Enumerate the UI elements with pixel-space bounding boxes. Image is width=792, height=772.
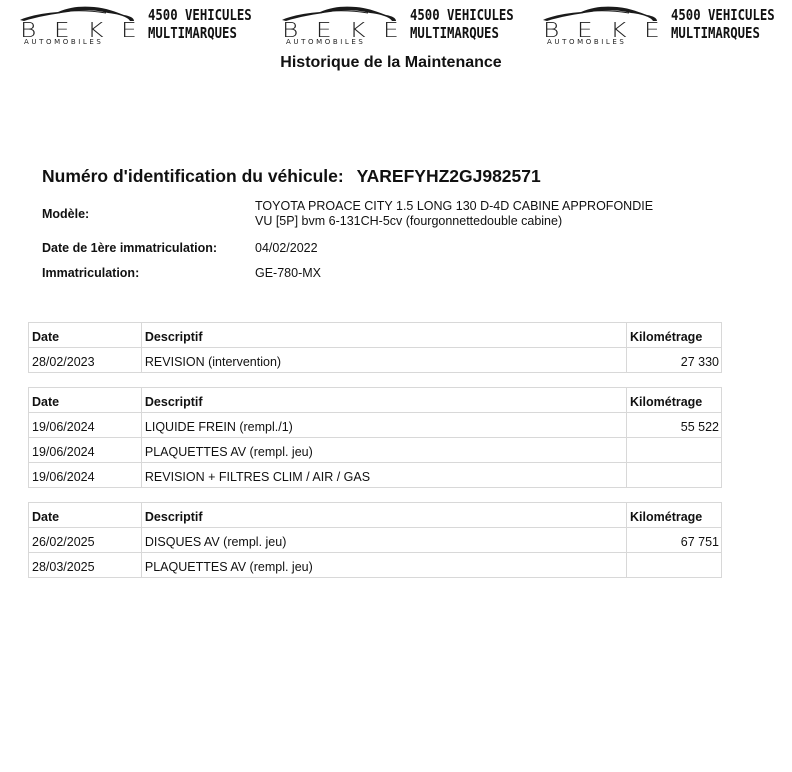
logo-subtitle: AUTOMOBILES <box>24 38 132 46</box>
table-row: 26/02/2025 DISQUES AV (rempl. jeu) 67 75… <box>29 528 722 553</box>
column-header-mileage: Kilométrage <box>627 388 722 413</box>
table-row: 28/03/2025 PLAQUETTES AV (rempl. jeu) <box>29 553 722 578</box>
column-header-description: Descriptif <box>141 503 626 528</box>
brand-block: BEKE AUTOMOBILES 4500 VEHICULES MULTIMAR… <box>280 4 530 48</box>
logo-wordmark: BEKE <box>543 20 658 40</box>
maintenance-table: Date Descriptif Kilométrage 19/06/2024 L… <box>28 387 722 488</box>
column-header-date: Date <box>29 503 142 528</box>
brand-tagline: 4500 VEHICULES MULTIMARQUES <box>410 6 508 42</box>
row-mileage <box>627 438 722 463</box>
column-header-mileage: Kilométrage <box>627 323 722 348</box>
brand-tagline: 4500 VEHICULES MULTIMARQUES <box>671 6 769 42</box>
row-date: 19/06/2024 <box>29 463 142 488</box>
maintenance-table: Date Descriptif Kilométrage 28/02/2023 R… <box>28 322 722 373</box>
column-header-mileage: Kilométrage <box>627 503 722 528</box>
first-registration-label: Date de 1ère immatriculation: <box>42 241 217 255</box>
vin-value: YAREFYHZ2GJ982571 <box>357 166 541 186</box>
vin-label: Numéro d'identification du véhicule: <box>42 166 344 186</box>
row-date: 19/06/2024 <box>29 413 142 438</box>
first-registration-value: 04/02/2022 <box>255 241 318 256</box>
plate-value: GE-780-MX <box>255 266 321 281</box>
column-header-description: Descriptif <box>141 388 626 413</box>
row-date: 26/02/2025 <box>29 528 142 553</box>
column-header-date: Date <box>29 388 142 413</box>
beke-logo: BEKE AUTOMOBILES <box>18 4 136 48</box>
header-banner: BEKE AUTOMOBILES 4500 VEHICULES MULTIMAR… <box>0 0 792 50</box>
row-mileage <box>627 463 722 488</box>
table-header-row: Date Descriptif Kilométrage <box>29 323 722 348</box>
row-mileage: 67 751 <box>627 528 722 553</box>
column-header-description: Descriptif <box>141 323 626 348</box>
row-mileage: 55 522 <box>627 413 722 438</box>
table-row: 19/06/2024 LIQUIDE FREIN (rempl./1) 55 5… <box>29 413 722 438</box>
model-label: Modèle: <box>42 207 89 221</box>
model-value: TOYOTA PROACE CITY 1.5 LONG 130 D-4D CAB… <box>255 199 653 229</box>
beke-logo: BEKE AUTOMOBILES <box>280 4 398 48</box>
brand-block: BEKE AUTOMOBILES 4500 VEHICULES MULTIMAR… <box>18 4 268 48</box>
row-description: DISQUES AV (rempl. jeu) <box>141 528 626 553</box>
logo-wordmark: BEKE <box>282 20 397 40</box>
row-mileage: 27 330 <box>627 348 722 373</box>
row-date: 28/03/2025 <box>29 553 142 578</box>
document-title: Historique de la Maintenance <box>0 54 782 72</box>
vin-heading: Numéro d'identification du véhicule: YAR… <box>42 166 541 187</box>
row-date: 28/02/2023 <box>29 348 142 373</box>
table-row: 19/06/2024 REVISION + FILTRES CLIM / AIR… <box>29 463 722 488</box>
brand-tagline: 4500 VEHICULES MULTIMARQUES <box>148 6 246 42</box>
logo-wordmark: BEKE <box>20 20 135 40</box>
column-header-date: Date <box>29 323 142 348</box>
row-description: LIQUIDE FREIN (rempl./1) <box>141 413 626 438</box>
logo-subtitle: AUTOMOBILES <box>547 38 655 46</box>
beke-logo: BEKE AUTOMOBILES <box>541 4 659 48</box>
plate-label: Immatriculation: <box>42 266 139 280</box>
row-date: 19/06/2024 <box>29 438 142 463</box>
row-description: PLAQUETTES AV (rempl. jeu) <box>141 438 626 463</box>
table-row: 28/02/2023 REVISION (intervention) 27 33… <box>29 348 722 373</box>
maintenance-table: Date Descriptif Kilométrage 26/02/2025 D… <box>28 502 722 578</box>
row-description: PLAQUETTES AV (rempl. jeu) <box>141 553 626 578</box>
brand-block: BEKE AUTOMOBILES 4500 VEHICULES MULTIMAR… <box>541 4 791 48</box>
row-description: REVISION (intervention) <box>141 348 626 373</box>
row-description: REVISION + FILTRES CLIM / AIR / GAS <box>141 463 626 488</box>
table-row: 19/06/2024 PLAQUETTES AV (rempl. jeu) <box>29 438 722 463</box>
logo-subtitle: AUTOMOBILES <box>286 38 394 46</box>
table-header-row: Date Descriptif Kilométrage <box>29 388 722 413</box>
table-header-row: Date Descriptif Kilométrage <box>29 503 722 528</box>
row-mileage <box>627 553 722 578</box>
